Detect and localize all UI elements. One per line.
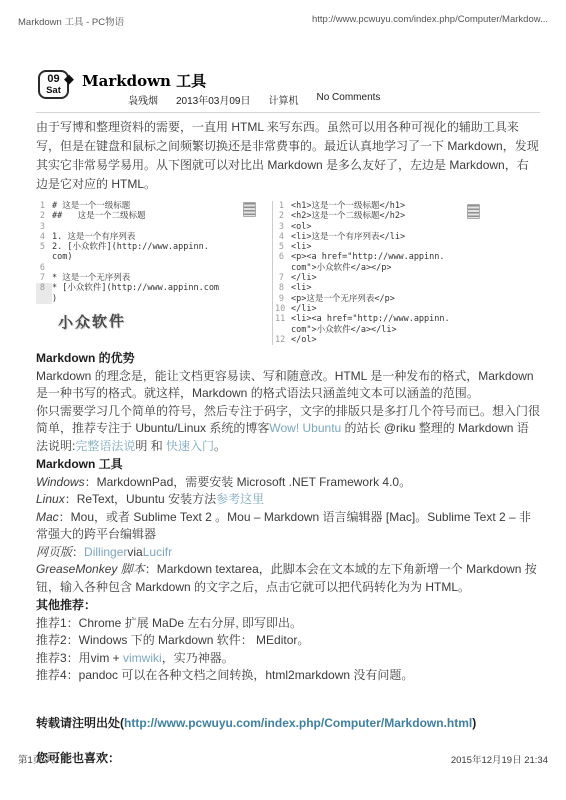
header-divider: [36, 112, 540, 113]
page-number: 第1页 共2页: [18, 752, 69, 766]
code-text: <h2>这是一个二级标题</h2>: [291, 211, 405, 221]
print-header: Markdown 工具 - PC物语 http://www.pcwuyu.com…: [18, 14, 548, 28]
code-comparison: 1# 这是一个一级标题2## 这是一个二级标题341. 这是一个有序列表52. …: [36, 201, 540, 347]
text-link[interactable]: http://www.pcwuyu.com/index.php/Computer…: [124, 716, 472, 730]
line-number: 8: [36, 283, 52, 293]
date-badge-weekday: Sat: [46, 86, 61, 96]
code-block-markdown: 1# 这是一个一级标题2## 这是一个二级标题341. 这是一个有序列表52. …: [36, 201, 268, 304]
code-text: ## 这是一个二级标题: [52, 211, 146, 221]
code-line: 7* 这是一个无序列表: [36, 273, 268, 283]
code-line: ): [36, 294, 268, 304]
text-run: Linux: [36, 492, 65, 506]
body-paragraph: Windows：MarkdownPad，需要安装 Microsoft .NET …: [36, 474, 540, 492]
code-text: * 这是一个无序列表: [52, 273, 130, 283]
print-header-title: Markdown 工具 - PC物语: [18, 14, 124, 28]
code-text: <li>这是一个有序列表</li>: [291, 232, 405, 242]
code-line: 8<li>: [275, 283, 540, 293]
code-text: com">小众软件</a></p>: [291, 263, 392, 273]
print-datetime: 2015年12月19日 21:34: [451, 752, 548, 766]
text-link[interactable]: Lucifr: [143, 545, 172, 559]
text-run: ：: [72, 545, 84, 559]
line-number: [36, 294, 52, 304]
text-run: 推荐4：pandoc 可以在各种文档之间转换，html2markdown 没有问…: [36, 668, 413, 682]
line-number: 1: [36, 201, 52, 211]
code-text: com">小众软件</a></li>: [291, 325, 397, 335]
section-heading: Markdown 的优势: [36, 350, 540, 368]
text-link[interactable]: 完整语法说: [75, 439, 135, 453]
line-number: 6: [275, 252, 291, 262]
code-toolbar-icon[interactable]: [243, 202, 256, 217]
post-header: 09 Sat ◆ Markdown 工具 袅残烟 2013年03月09日 计算机…: [36, 70, 540, 110]
text-run: Markdown 的优势: [36, 351, 135, 365]
text-run: 转载请注明出处(: [36, 716, 124, 730]
code-text: </li>: [291, 273, 317, 283]
line-number: 5: [275, 242, 291, 252]
line-number: 9: [275, 294, 291, 304]
page-content: 09 Sat ◆ Markdown 工具 袅残烟 2013年03月09日 计算机…: [36, 70, 540, 766]
code-line: 1# 这是一个一级标题: [36, 201, 268, 211]
code-text: * [小众软件](http://www.appinn.com: [52, 283, 219, 293]
code-line: com">小众软件</a></li>: [275, 325, 540, 335]
code-text: <li><a href="http://www.appinn.: [291, 314, 450, 324]
code-line: 3<ol>: [275, 222, 540, 232]
reprint-notice: 转载请注明出处(http://www.pcwuyu.com/index.php/…: [36, 715, 540, 732]
page-title: Markdown 工具: [82, 70, 206, 91]
code-text: </ol>: [291, 335, 317, 345]
intro-paragraph: 由于写博和整理资料的需要，一直用 HTML 来写东西。虽然可以用各种可视化的辅助…: [36, 118, 540, 194]
text-run: ，实乃神器。: [162, 651, 234, 665]
code-line: 2<h2>这是一个二级标题</h2>: [275, 211, 540, 221]
code-text: <ol>: [291, 222, 311, 232]
line-number: 11: [275, 314, 291, 324]
line-number: 5: [36, 242, 52, 252]
body-paragraph: Linux：ReText，Ubuntu 安装方法参考这里: [36, 491, 540, 509]
text-run: Mac: [36, 510, 59, 524]
line-number: 1: [275, 201, 291, 211]
code-text: 2. [小众软件](http://www.appinn.: [52, 242, 209, 252]
body-paragraph: 推荐4：pandoc 可以在各种文档之间转换，html2markdown 没有问…: [36, 667, 540, 685]
print-header-url: http://www.pcwuyu.com/index.php/Computer…: [312, 14, 548, 28]
diamond-icon: ◆: [64, 71, 74, 87]
line-number: 3: [36, 222, 52, 232]
line-number: [275, 325, 291, 335]
line-number: 3: [275, 222, 291, 232]
code-line: 4<li>这是一个有序列表</li>: [275, 232, 540, 242]
code-line: 8* [小众软件](http://www.appinn.com: [36, 283, 268, 293]
line-number: 7: [275, 273, 291, 283]
code-text: <p><a href="http://www.appinn.: [291, 252, 445, 262]
text-run: ): [472, 716, 476, 730]
line-number: 10: [275, 304, 291, 314]
post-meta: 袅残烟 2013年03月09日 计算机 No Comments: [128, 92, 380, 107]
code-text: ): [52, 294, 57, 304]
text-link[interactable]: 快速入门: [166, 439, 214, 453]
code-line: 5<li>: [275, 242, 540, 252]
body-paragraph: GreaseMonkey 脚本：Markdown textarea，此脚本会在文…: [36, 561, 540, 596]
code-line: 7</li>: [275, 273, 540, 283]
body-paragraph: 网页版：DillingerviaLucifr: [36, 544, 540, 562]
body-paragraph: 推荐1：Chrome 扩展 MaDe 左右分屏, 即写即出。: [36, 615, 540, 633]
line-number: 8: [275, 283, 291, 293]
print-footer: 第1页 共2页 2015年12月19日 21:34: [18, 752, 548, 766]
text-run: 。: [214, 439, 226, 453]
post-date: 2013年03月09日: [176, 92, 251, 107]
code-line: 12</ol>: [275, 335, 540, 345]
text-run: ：ReText，Ubuntu 安装方法: [65, 492, 216, 506]
text-run: 明 和: [135, 439, 166, 453]
code-line: 2## 这是一个二级标题: [36, 211, 268, 221]
code-line: com">小众软件</a></p>: [275, 263, 540, 273]
code-block-html: 1<h1>这是一个一级标题</h1>2<h2>这是一个二级标题</h2>3<ol…: [272, 201, 540, 345]
text-run: 推荐1：Chrome 扩展 MaDe 左右分屏, 即写即出。: [36, 616, 302, 630]
section-heading: 其他推荐：: [36, 597, 540, 615]
code-line: 1<h1>这是一个一级标题</h1>: [275, 201, 540, 211]
body-paragraph: 推荐3：用vim + vimwiki，实乃神器。: [36, 650, 540, 668]
text-link[interactable]: 参考这里: [216, 492, 264, 506]
line-number: 2: [275, 211, 291, 221]
line-number: 7: [36, 273, 52, 283]
code-text: <li>: [291, 242, 311, 252]
code-line: 3: [36, 222, 268, 232]
line-number: 6: [36, 263, 52, 273]
body-paragraph: 你只需要学习几个简单的符号，然后专注于码字，文字的排版只是多打几个符号而已。想入…: [36, 403, 540, 456]
text-link[interactable]: Wow! Ubuntu: [269, 421, 341, 435]
site-logo: 小众软件: [58, 316, 126, 328]
text-run: 其他推荐：: [36, 598, 96, 612]
code-text: <li>: [291, 283, 311, 293]
code-line: 6: [36, 263, 268, 273]
code-line: 41. 这是一个有序列表: [36, 232, 268, 242]
text-run: 推荐2：Windows 下的 Markdown 软件： MEditor。: [36, 633, 309, 647]
text-run: ：Mou，或者 Sublime Text 2 。Mou – Markdown 语…: [36, 510, 531, 542]
text-link[interactable]: Dillinger: [84, 545, 127, 559]
comments-count: No Comments: [317, 92, 381, 107]
date-badge-day: 09: [47, 74, 59, 85]
line-number: 2: [36, 211, 52, 221]
body-paragraph: Mac：Mou，或者 Sublime Text 2 。Mou – Markdow…: [36, 509, 540, 544]
body-paragraph: Markdown 的理念是，能让文档更容易读、写和随意改。HTML 是一种发布的…: [36, 368, 540, 403]
code-text: <h1>这是一个一级标题</h1>: [291, 201, 405, 211]
text-run: Markdown 的理念是，能让文档更容易读、写和随意改。HTML 是一种发布的…: [36, 369, 534, 401]
line-number: 4: [36, 232, 52, 242]
text-run: Markdown 工具: [36, 457, 123, 471]
text-run: via: [127, 545, 142, 559]
body-paragraph: 推荐2：Windows 下的 Markdown 软件： MEditor。: [36, 632, 540, 650]
text-link[interactable]: vimwiki: [123, 651, 162, 665]
line-number: [36, 252, 52, 262]
code-line: 11<li><a href="http://www.appinn.: [275, 314, 540, 324]
code-text: # 这是一个一级标题: [52, 201, 130, 211]
text-run: Windows: [36, 475, 85, 489]
code-text: <p>这是一个无序列表</p>: [291, 294, 395, 304]
code-line: 9<p>这是一个无序列表</p>: [275, 294, 540, 304]
code-toolbar-icon[interactable]: [467, 204, 480, 219]
section-heading: Markdown 工具: [36, 456, 540, 474]
code-line: 6<p><a href="http://www.appinn.: [275, 252, 540, 262]
line-number: 4: [275, 232, 291, 242]
line-number: 12: [275, 335, 291, 345]
code-line: 52. [小众软件](http://www.appinn.: [36, 242, 268, 252]
code-line: 10</li>: [275, 304, 540, 314]
code-text: com): [52, 252, 72, 262]
text-run: 网页版: [36, 545, 72, 559]
text-run: GreaseMonkey 脚本: [36, 562, 145, 576]
code-text: 1. 这是一个有序列表: [52, 232, 135, 242]
article-body: Markdown 的优势Markdown 的理念是，能让文档更容易读、写和随意改…: [36, 350, 540, 685]
text-run: 推荐3：用vim +: [36, 651, 123, 665]
post-category: 计算机: [269, 92, 299, 107]
text-run: ：MarkdownPad，需要安装 Microsoft .NET Framewo…: [85, 475, 412, 489]
code-line: com): [36, 252, 268, 262]
line-number: [275, 263, 291, 273]
code-text: </li>: [291, 304, 317, 314]
author-name: 袅残烟: [128, 92, 158, 107]
